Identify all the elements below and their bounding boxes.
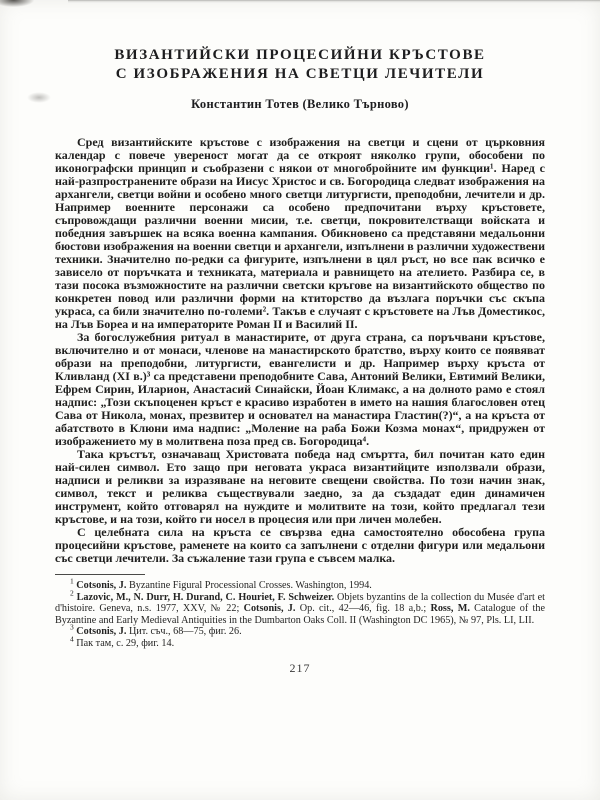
footnote-number: 4 [70, 635, 74, 644]
footnote-text: Цит. съч., 68—75, фиг. 26. [126, 626, 241, 637]
article-title-line2: С ИЗОБРАЖЕНИЯ НА СВЕТЦИ ЛЕЧИТЕЛИ [55, 65, 545, 84]
scanned-page: ВИЗАНТИЙСКИ ПРОЦЕСИЙНИ КРЪСТОВЕ С ИЗОБРА… [0, 0, 600, 800]
footnote-text: Пак там, с. 29, фиг. 14. [76, 638, 174, 649]
author-line: Константин Тотев (Велико Търново) [0, 97, 600, 112]
footnote-author: Cotsonis, J. [76, 626, 126, 637]
scan-edge-shadow [68, 0, 600, 3]
footnote-author: Cotsonis, J. [244, 603, 296, 614]
paragraph: Сред византийските кръстове с изображени… [55, 136, 545, 331]
article-title-line1: ВИЗАНТИЙСКИ ПРОЦЕСИЙНИ КРЪСТОВЕ [55, 46, 545, 65]
footnote-separator [55, 574, 145, 575]
footnote-author: Lazovic, M., N. Durr, H. Durand, C. Hour… [77, 592, 335, 603]
article-header: ВИЗАНТИЙСКИ ПРОЦЕСИЙНИ КРЪСТОВЕ С ИЗОБРА… [55, 46, 545, 84]
article-body: Сред византийските кръстове с изображени… [55, 136, 545, 565]
footnote: 1 Cotsonis, J. Byzantine Figural Process… [55, 580, 545, 592]
footnote-text: Op. cit., 42—46, fig. 18 a,b.; [295, 603, 430, 614]
paragraph: Така кръстът, означаващ Христовата побед… [55, 448, 545, 526]
page-number: 217 [0, 661, 600, 676]
scan-corner-mark [0, 0, 34, 7]
footnote-author: Ross, M. [430, 603, 469, 614]
paragraph: С целебната сила на кръста се свързва ед… [55, 526, 545, 565]
footnote-number: 3 [70, 623, 74, 632]
footnote-author: Cotsonis, J. [76, 580, 126, 591]
footnote: 2 Lazovic, M., N. Durr, H. Durand, C. Ho… [55, 592, 545, 627]
footnote-number: 1 [70, 577, 74, 586]
paragraph: За богослужебния ритуал в манастирите, о… [55, 331, 545, 448]
footnote: 3 Cotsonis, J. Цит. съч., 68—75, фиг. 26… [55, 626, 545, 638]
scan-smudge-mark [27, 92, 51, 103]
footnote-number: 2 [70, 588, 74, 597]
footnotes-section: 1 Cotsonis, J. Byzantine Figural Process… [55, 580, 545, 650]
footnote: 4 Пак там, с. 29, фиг. 14. [55, 638, 545, 650]
footnote-text: Byzantine Figural Processional Crosses. … [126, 580, 371, 591]
